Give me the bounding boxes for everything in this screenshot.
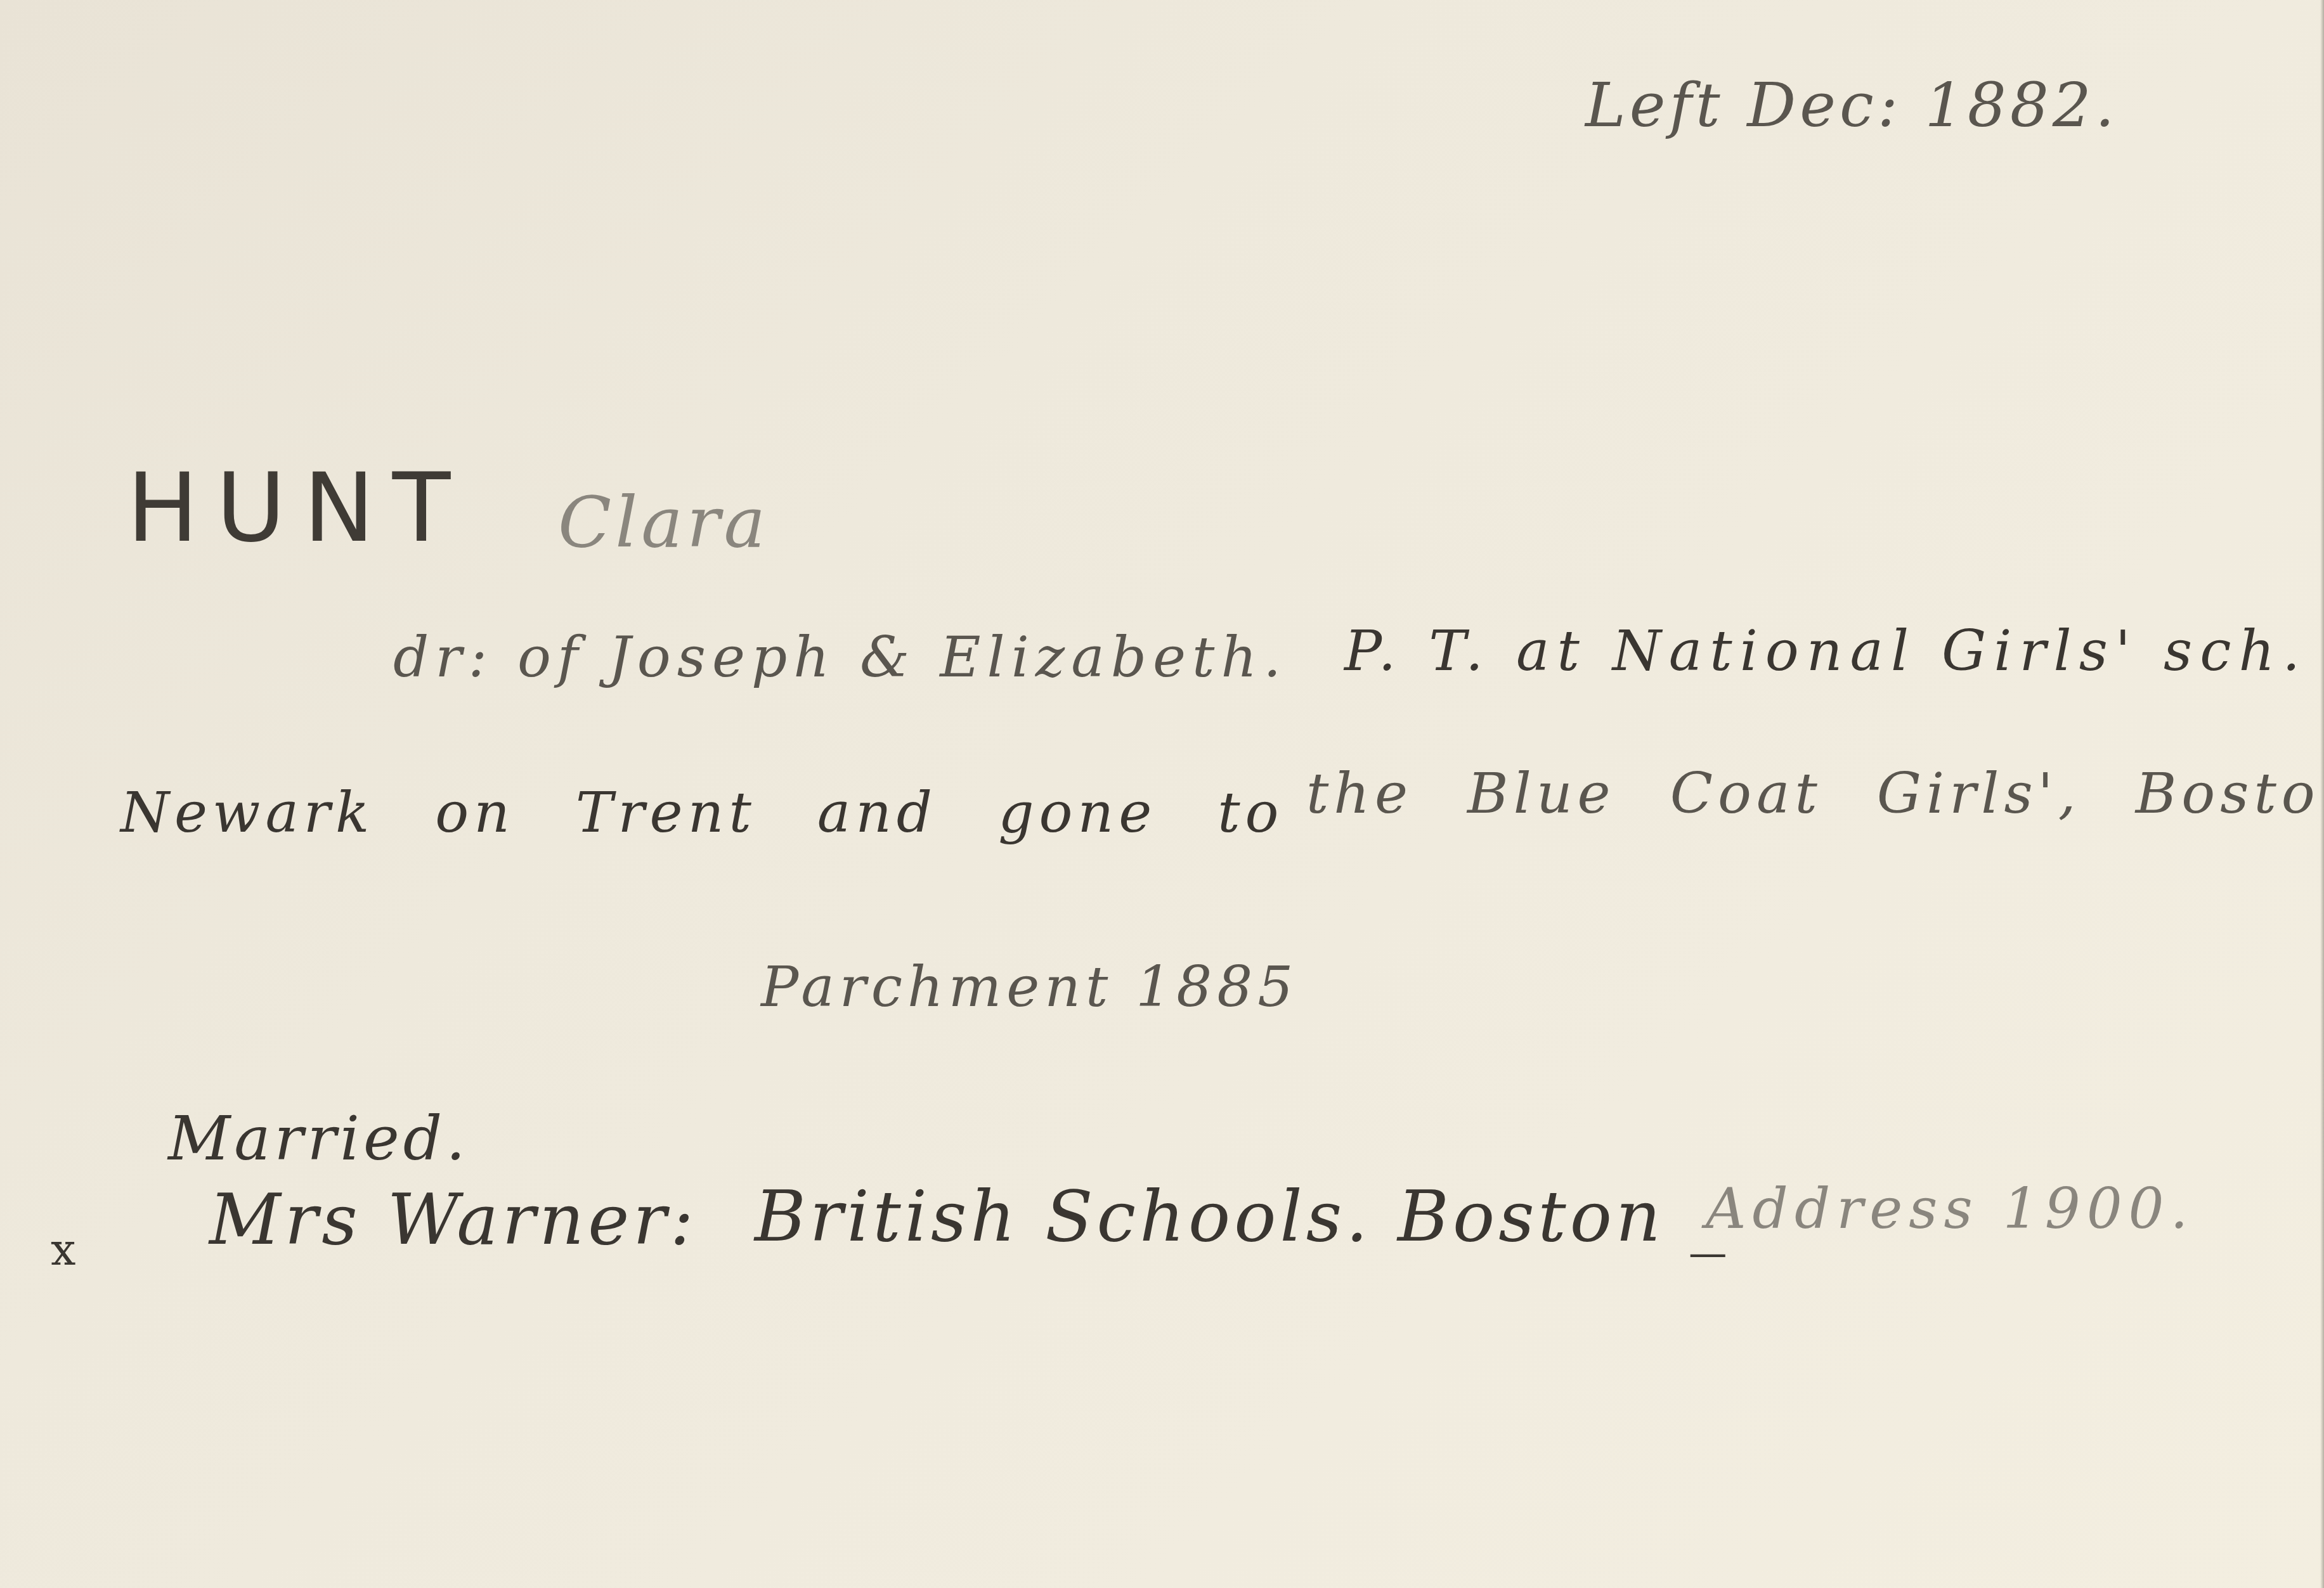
register-page: Left Dec: 1882. HUNT Clara dr: of Joseph… xyxy=(0,0,2324,1588)
parchment-note: Parchment 1885 xyxy=(761,954,1298,1019)
employment-note: British Schools. Boston _ xyxy=(755,1176,1729,1257)
margin-cross-mark: x xyxy=(51,1223,79,1275)
married-name: Mrs Warner: xyxy=(209,1179,698,1260)
position-line-2a: Newark on Trent and gone to xyxy=(120,780,1284,845)
position-line-2b: the Blue Coat Girls', Boston. xyxy=(1306,761,2324,826)
married-label: Married. xyxy=(168,1103,469,1174)
address-note: Address 1900. xyxy=(1706,1176,2195,1241)
surname: HUNT xyxy=(127,453,468,564)
position-line-1: P. T. at National Girls' sch. xyxy=(1344,618,2308,683)
parentage-line: dr: of Joseph & Elizabeth. xyxy=(393,624,1287,690)
left-date-note: Left Dec: 1882. xyxy=(1585,70,2118,141)
forename: Clara xyxy=(558,482,769,563)
